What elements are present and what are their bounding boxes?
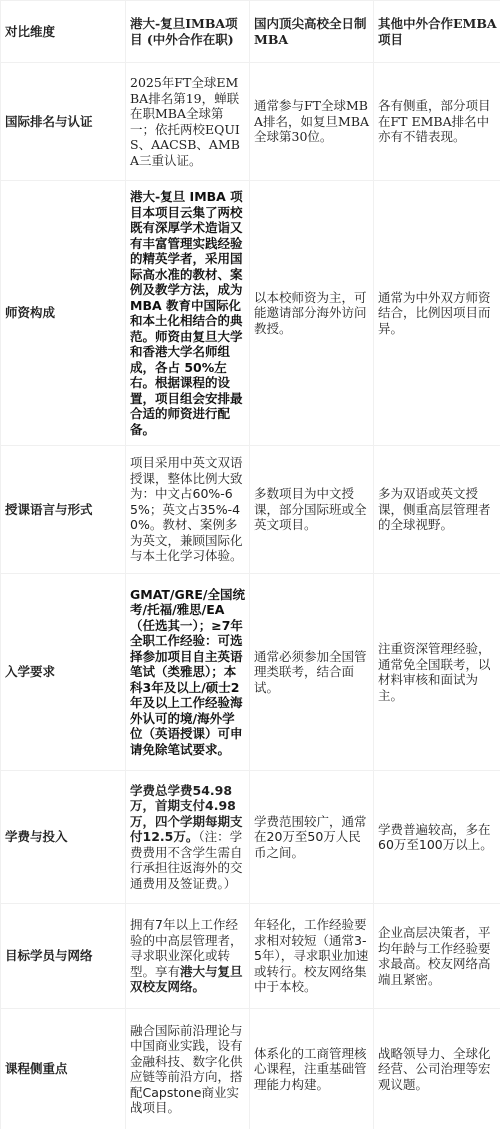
cell-hku-fudan: 港大-复旦 IMBA 项目本项目云集了两校既有深厚学术造诣又有丰富管理实践经验的…	[126, 181, 250, 446]
table-row-tuition: 学费与投入 学费总学费54.98万，首期支付4.98万，四个学期每期支付12.5…	[1, 771, 500, 904]
cell-domestic-mba: 以本校师资为主，可能邀请部分海外访问教授。	[250, 181, 374, 446]
cell-other-emba: 多为双语或英文授课，侧重高层管理者的全球视野。	[374, 446, 500, 574]
cell-hku-fudan: 拥有7年以上工作经验的中高层管理者，寻求职业深化或转型。享有港大与复旦双校友网络…	[126, 904, 250, 1009]
cell-hku-fudan: 2025年FT全球EMBA排名第19，蝉联在职MBA全球第一；依托两校EQUIS…	[126, 63, 250, 181]
row-label: 目标学员与网络	[1, 904, 126, 1009]
cell-hku-fudan: GMAT/GRE/全国统考/托福/雅思/EA（任选其一）；≥7年全职工作经验：可…	[126, 574, 250, 771]
comparison-table: 对比维度 港大-复旦IMBA项目 (中外合作在职) 国内顶尖高校全日制MBA 其…	[0, 0, 500, 1129]
row-label: 师资构成	[1, 181, 126, 446]
cell-other-emba: 企业高层决策者，平均年龄与工作经验要求最高。校友网络高端且紧密。	[374, 904, 500, 1009]
row-label: 学费与投入	[1, 771, 126, 904]
table-row-faculty: 师资构成 港大-复旦 IMBA 项目本项目云集了两校既有深厚学术造诣又有丰富管理…	[1, 181, 500, 446]
table-header-row: 对比维度 港大-复旦IMBA项目 (中外合作在职) 国内顶尖高校全日制MBA 其…	[1, 1, 500, 63]
table-row-curriculum: 课程侧重点 融合国际前沿理论与中国商业实践，设有金融科技、数字化供应链等前沿方向…	[1, 1009, 500, 1129]
header-hku-fudan-imba: 港大-复旦IMBA项目 (中外合作在职)	[126, 1, 250, 63]
header-dimension: 对比维度	[1, 1, 126, 63]
cell-hku-fudan: 项目采用中英文双语授课，整体比例大致为：中文占60%-65%；英文占35%-40…	[126, 446, 250, 574]
cell-other-emba: 学费普遍较高，多在60万至100万以上。	[374, 771, 500, 904]
header-domestic-mba: 国内顶尖高校全日制MBA	[250, 1, 374, 63]
row-label: 国际排名与认证	[1, 63, 126, 181]
row-label: 授课语言与形式	[1, 446, 126, 574]
cell-domestic-mba: 学费范围较广，通常在20万至50万人民币之间。	[250, 771, 374, 904]
cell-domestic-mba: 通常参与FT全球MBA排名，如复旦MBA全球第30位。	[250, 63, 374, 181]
cell-other-emba: 战略领导力、全球化经营、公司治理等宏观议题。	[374, 1009, 500, 1129]
cell-other-emba: 各有侧重，部分项目在FT EMBA排名中亦有不错表现。	[374, 63, 500, 181]
cell-other-emba: 通常为中外双方师资结合，比例因项目而异。	[374, 181, 500, 446]
cell-domestic-mba: 年轻化，工作经验要求相对较短（通常3-5年），寻求职业加速或转行。校友网络集中于…	[250, 904, 374, 1009]
table-row-language: 授课语言与形式 项目采用中英文双语授课，整体比例大致为：中文占60%-65%；英…	[1, 446, 500, 574]
row-label: 课程侧重点	[1, 1009, 126, 1129]
cell-domestic-mba: 多数项目为中文授课，部分国际班或全英文项目。	[250, 446, 374, 574]
header-other-emba: 其他中外合作EMBA项目	[374, 1, 500, 63]
cell-domestic-mba: 体系化的工商管理核心课程，注重基础管理能力构建。	[250, 1009, 374, 1129]
cell-other-emba: 注重资深管理经验，通常免全国联考，以材料审核和面试为主。	[374, 574, 500, 771]
cell-hku-fudan: 融合国际前沿理论与中国商业实践，设有金融科技、数字化供应链等前沿方向，搭配Cap…	[126, 1009, 250, 1129]
cell-hku-fudan: 学费总学费54.98万，首期支付4.98万，四个学期每期支付12.5万。（注：学…	[126, 771, 250, 904]
row-label: 入学要求	[1, 574, 126, 771]
table-row-admission: 入学要求 GMAT/GRE/全国统考/托福/雅思/EA（任选其一）；≥7年全职工…	[1, 574, 500, 771]
table-row-target-students: 目标学员与网络 拥有7年以上工作经验的中高层管理者，寻求职业深化或转型。享有港大…	[1, 904, 500, 1009]
table-row-ranking: 国际排名与认证 2025年FT全球EMBA排名第19，蝉联在职MBA全球第一；依…	[1, 63, 500, 181]
cell-domestic-mba: 通常必须参加全国管理类联考，结合面试。	[250, 574, 374, 771]
